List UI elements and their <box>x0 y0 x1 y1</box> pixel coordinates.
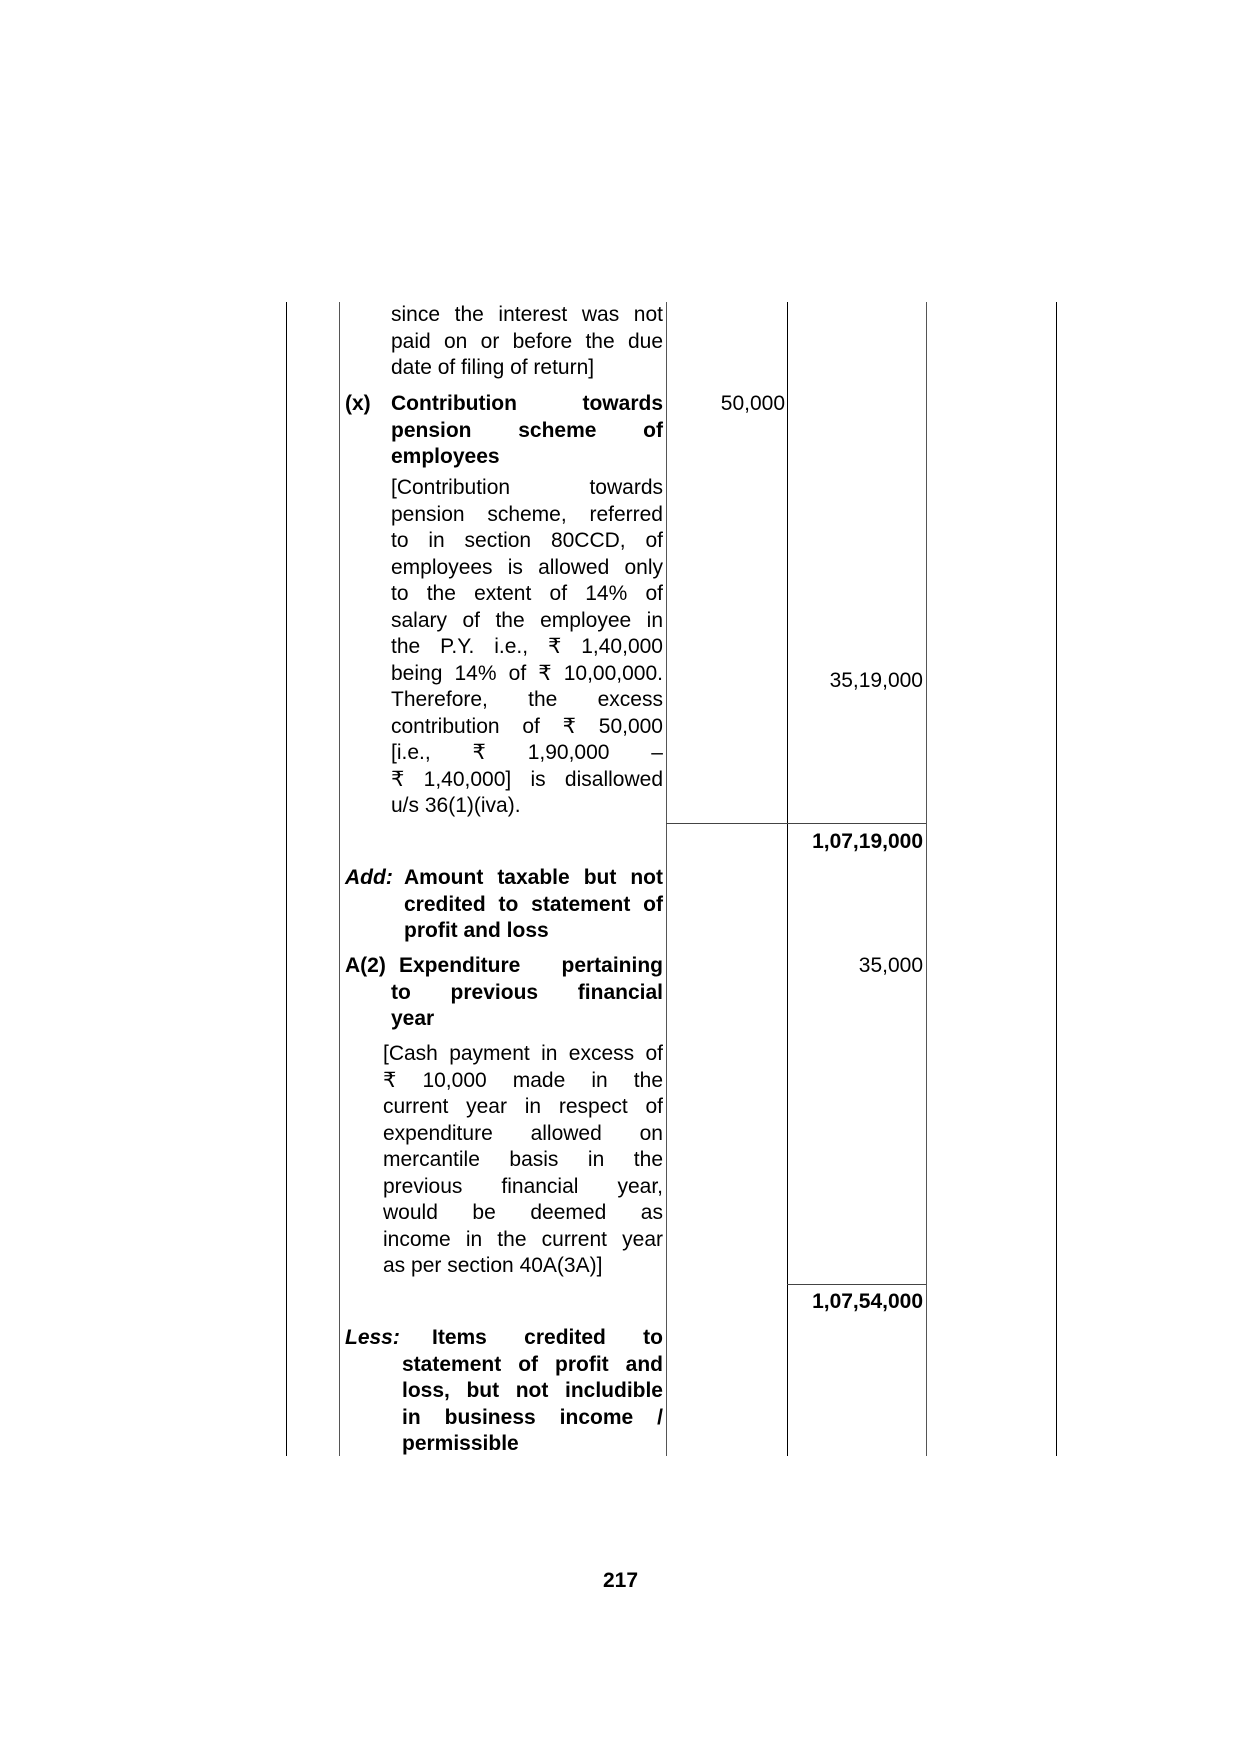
less-label: Less: <box>345 1325 400 1352</box>
add-label: Add: <box>345 865 393 892</box>
page-number: 217 <box>0 1569 1241 1593</box>
item-x-subtotal: 35,19,000 <box>789 668 923 695</box>
table-column-divider-4 <box>926 302 927 1456</box>
less-heading-rest: statement of profit and loss, but not in… <box>402 1352 663 1458</box>
item-x-explanation: [Contribution towards pension scheme, re… <box>391 475 663 820</box>
table-column-divider-3 <box>787 302 788 1456</box>
item-x-heading: Contribution towards pension scheme of e… <box>391 391 663 471</box>
a2-heading-rest: to previous financial year <box>391 980 663 1033</box>
table-border-left <box>286 302 287 1456</box>
add-heading: Amount taxable but not credited to state… <box>404 865 663 945</box>
a2-heading-first: Expenditure pertaining <box>399 953 663 980</box>
total-after-additions: 1,07,54,000 <box>789 1289 923 1316</box>
less-heading-first: Items credited to <box>432 1325 663 1352</box>
a2-explanation: [Cash payment in excess of ₹ 10,000 made… <box>383 1041 663 1280</box>
item-x-amount: 50,000 <box>668 391 785 418</box>
a2-label: A(2) <box>345 953 386 980</box>
table-column-divider-1 <box>339 302 340 1456</box>
table-border-right <box>1056 302 1057 1456</box>
interest-note-continuation: since the interest was not paid on or be… <box>391 302 663 382</box>
subtotal-rule-2 <box>787 1284 926 1285</box>
item-x-label: (x) <box>345 391 371 418</box>
a2-amount: 35,000 <box>789 953 923 980</box>
subtotal-rule-1 <box>666 823 926 824</box>
table-column-divider-2 <box>666 302 667 1456</box>
total-after-disallowances: 1,07,19,000 <box>789 829 923 856</box>
